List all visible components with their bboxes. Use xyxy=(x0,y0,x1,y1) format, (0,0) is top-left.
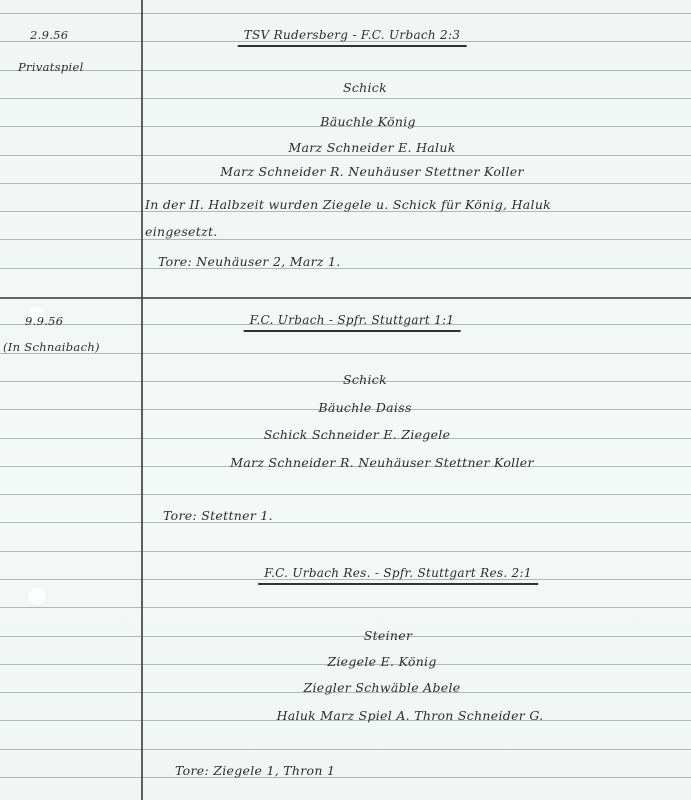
punch-hole-icon xyxy=(28,587,46,605)
lineup-midfield: Marz Schneider E. Haluk xyxy=(288,140,455,155)
match-title: F.C. Urbach - Spfr. Stuttgart 1:1 xyxy=(244,313,461,332)
lineup-forwards: Marz Schneider R. Neuhäuser Stettner Kol… xyxy=(220,164,523,179)
ruled-line xyxy=(0,268,691,269)
margin-line xyxy=(141,0,143,800)
lineup-midfield: Ziegler Schwäble Abele xyxy=(304,680,461,695)
ruled-line xyxy=(0,494,691,495)
ruled-line xyxy=(0,353,691,354)
lineup-goalkeeper: Schick xyxy=(343,80,387,95)
entry-date: 2.9.56 xyxy=(30,28,68,42)
lineup-defenders: Bäuchle Daiss xyxy=(318,400,411,415)
lineup-goalkeeper: Schick xyxy=(343,372,387,387)
entry-goals: Tore: Ziegele 1, Thron 1 xyxy=(175,763,335,778)
match-title: TSV Rudersberg - F.C. Urbach 2:3 xyxy=(238,28,467,47)
lineup-goalkeeper: Steiner xyxy=(364,628,413,643)
entry-goals: Tore: Neuhäuser 2, Marz 1. xyxy=(158,254,341,269)
ruled-line xyxy=(0,522,691,523)
lineup-midfield: Schick Schneider E. Ziegele xyxy=(264,427,451,442)
entry-remark: In der II. Halbzeit wurden Ziegele u. Sc… xyxy=(145,197,551,212)
lineup-forwards: Haluk Marz Spiel A. Thron Schneider G. xyxy=(277,708,544,723)
ruled-line xyxy=(0,98,691,99)
lineup-defenders: Ziegele E. König xyxy=(327,654,436,669)
ruled-line xyxy=(0,70,691,71)
ledger-page: 2.9.56 Privatspiel TSV Rudersberg - F.C.… xyxy=(0,0,691,800)
entry-note: Privatspiel xyxy=(18,60,84,74)
entry-goals: Tore: Stettner 1. xyxy=(163,508,273,523)
match-title: F.C. Urbach Res. - Spfr. Stuttgart Res. … xyxy=(258,566,538,585)
ruled-line xyxy=(0,749,691,750)
ruled-line xyxy=(0,183,691,184)
entry-divider xyxy=(0,297,691,299)
lineup-forwards: Marz Schneider R. Neuhäuser Stettner Kol… xyxy=(230,455,533,470)
ruled-line xyxy=(0,155,691,156)
entry-note: (In Schnaibach) xyxy=(3,340,100,354)
ruled-line xyxy=(0,636,691,637)
ruled-line xyxy=(0,777,691,778)
ruled-line xyxy=(0,239,691,240)
ruled-line xyxy=(0,551,691,552)
ruled-line xyxy=(0,607,691,608)
lineup-defenders: Bäuchle König xyxy=(320,114,416,129)
entry-remark: eingesetzt. xyxy=(145,224,218,239)
ruled-line xyxy=(0,13,691,14)
entry-date: 9.9.56 xyxy=(25,314,63,328)
